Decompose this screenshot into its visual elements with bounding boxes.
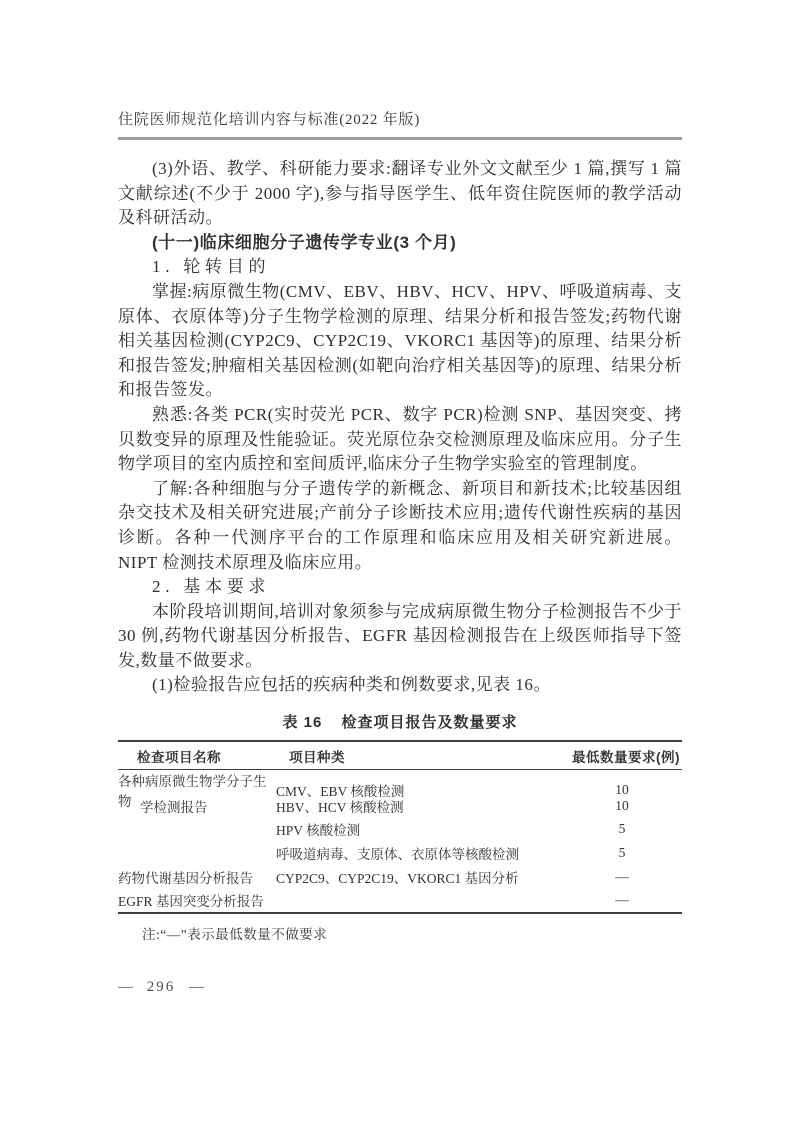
page-content: 住院医师规范化培训内容与标准(2022 年版) (3)外语、教学、科研能力要求:… <box>118 0 682 943</box>
footer-dash-left: — <box>118 979 133 995</box>
cell-item-type: HBV、HCV 核酸检测 <box>276 796 562 816</box>
column-header-item-name: 检查项目名称 <box>118 746 276 766</box>
paragraph-master: 掌握:病原微生物(CMV、EBV、HBV、HCV、HPV、呼吸道病毒、支原体、衣… <box>118 280 682 403</box>
cell-count: 5 <box>562 821 682 837</box>
cell-count: — <box>562 892 682 908</box>
paragraph-familiar: 熟悉:各类 PCR(实时荧光 PCR、数字 PCR)检测 SNP、基因突变、拷贝… <box>118 403 682 477</box>
table-row: 药物代谢基因分析报告 CYP2C9、CYP2C19、VKORC1 基因分析 — <box>118 865 682 889</box>
table-row: HPV 核酸检测 5 <box>118 817 682 841</box>
subsection-heading-rotation-objectives: 1. 轮转目的 <box>118 255 682 280</box>
section-heading-clinical-cytogenetics: (十一)临床细胞分子遗传学专业(3 个月) <box>118 231 682 256</box>
table-caption-title: 检查项目报告及数量要求 <box>342 714 518 731</box>
data-table: 检查项目名称 项目种类 最低数量要求(例) 各种病原微生物学分子生物 CMV、E… <box>118 740 682 914</box>
cell-count: 5 <box>562 845 682 861</box>
table-row: 学检测报告 HBV、HCV 核酸检测 10 <box>118 794 682 818</box>
column-header-minimum-count: 最低数量要求(例) <box>562 746 682 766</box>
cell-item-type: HPV 核酸检测 <box>276 819 562 839</box>
cell-item-name: 药物代谢基因分析报告 <box>118 867 276 887</box>
page-footer: — 296 — <box>118 979 204 996</box>
table-note: 注:“—”表示最低数量不做要求 <box>118 923 682 943</box>
table-header-row: 检查项目名称 项目种类 最低数量要求(例) <box>118 742 682 770</box>
cell-count: — <box>562 869 682 885</box>
cell-item-type: 呼吸道病毒、支原体、衣原体等核酸检测 <box>276 843 562 863</box>
cell-item-name: 学检测报告 <box>118 796 276 816</box>
footer-dash-right: — <box>189 979 204 995</box>
document-page: 住院医师规范化培训内容与标准(2022 年版) (3)外语、教学、科研能力要求:… <box>0 0 800 1131</box>
paragraph-training-requirements: 本阶段培训期间,培训对象须参与完成病原微生物分子检测报告不少于 30 例,药物代… <box>118 600 682 674</box>
cell-count: 10 <box>562 798 682 814</box>
paragraph-report-requirements: (1)检验报告应包括的疾病种类和例数要求,见表 16。 <box>118 673 682 698</box>
column-header-item-type: 项目种类 <box>276 746 562 766</box>
subsection-heading-basic-requirements: 2. 基本要求 <box>118 575 682 600</box>
table-caption-label: 表 16 <box>282 714 322 731</box>
cell-item-type: CYP2C9、CYP2C19、VKORC1 基因分析 <box>276 867 562 887</box>
running-header: 住院医师规范化培训内容与标准(2022 年版) <box>118 110 682 140</box>
paragraph-understand: 了解:各种细胞与分子遗传学的新概念、新项目和新技术;比较基因组杂交技术及相关研究… <box>118 477 682 575</box>
table-section: 表 16 检查项目报告及数量要求 检查项目名称 项目种类 最低数量要求(例) 各… <box>118 713 682 943</box>
table-row: EGFR 基因突变分析报告 — <box>118 889 682 913</box>
paragraph-foreign-language-requirements: (3)外语、教学、科研能力要求:翻译专业外文文献至少 1 篇,撰写 1 篇文献综… <box>118 157 682 231</box>
table-caption: 表 16 检查项目报告及数量要求 <box>118 713 682 733</box>
table-row: 各种病原微生物学分子生物 CMV、EBV 核酸检测 10 <box>118 770 682 794</box>
body-text: (3)外语、教学、科研能力要求:翻译专业外文文献至少 1 篇,撰写 1 篇文献综… <box>118 157 682 698</box>
table-row: 呼吸道病毒、支原体、衣原体等核酸检测 5 <box>118 841 682 865</box>
page-number: 296 <box>147 979 176 995</box>
running-header-title: 住院医师规范化培训内容与标准(2022 年版) <box>118 112 420 128</box>
cell-count: 10 <box>562 782 682 798</box>
cell-item-name: EGFR 基因突变分析报告 <box>118 890 276 910</box>
